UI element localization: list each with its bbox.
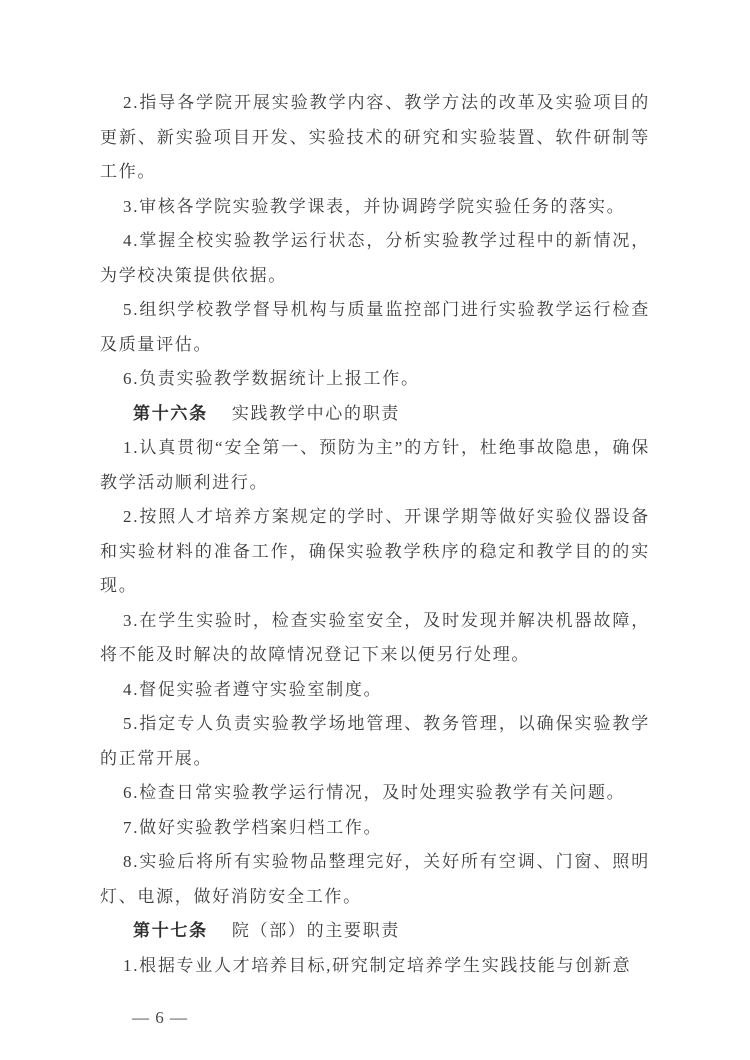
body-paragraph: 7.做好实验教学档案归档工作。 [100, 811, 650, 846]
body-paragraph: 1.根据专业人才培养目标,研究制定培养学生实践技能与创新意 [100, 949, 650, 984]
body-paragraph: 3.在学生实验时，检查实验室安全，及时发现并解决机器故障，将不能及时解决的故障情… [100, 604, 650, 673]
body-paragraph: 4.掌握全校实验教学运行状态，分析实验教学过程中的新情况，为学校决策提供依据。 [100, 224, 650, 293]
body-paragraph: 2.按照人才培养方案规定的学时、开课学期等做好实验仪器设备和实验材料的准备工作，… [100, 500, 650, 604]
document-page: 2.指导各学院开展实验教学内容、教学方法的改革及实验项目的更新、新实验项目开发、… [0, 0, 750, 1060]
body-paragraph: 4.督促实验者遵守实验室制度。 [100, 673, 650, 708]
document-body: 2.指导各学院开展实验教学内容、教学方法的改革及实验项目的更新、新实验项目开发、… [100, 86, 650, 983]
article-heading: 第十七条院（部）的主要职责 [100, 914, 650, 949]
article-heading: 第十六条实践教学中心的职责 [100, 397, 650, 432]
article-number: 第十六条 [133, 404, 208, 423]
body-paragraph: 2.指导各学院开展实验教学内容、教学方法的改革及实验项目的更新、新实验项目开发、… [100, 86, 650, 190]
page-footer: — 6 — [111, 988, 188, 1048]
body-paragraph: 5.组织学校教学督导机构与质量监控部门进行实验教学运行检查及质量评估。 [100, 293, 650, 362]
article-title: 院（部）的主要职责 [232, 921, 400, 940]
body-paragraph: 1.认真贯彻“安全第一、预防为主”的方针，杜绝事故隐患，确保教学活动顺利进行。 [100, 431, 650, 500]
page-number: — 6 — [132, 1008, 188, 1027]
body-paragraph: 6.检查日常实验教学运行情况，及时处理实验教学有关问题。 [100, 776, 650, 811]
article-number: 第十七条 [133, 921, 208, 940]
article-title: 实践教学中心的职责 [232, 404, 400, 423]
body-paragraph: 5.指定专人负责实验教学场地管理、教务管理，以确保实验教学的正常开展。 [100, 707, 650, 776]
body-paragraph: 3.审核各学院实验教学课表，并协调跨学院实验任务的落实。 [100, 190, 650, 225]
body-paragraph: 8.实验后将所有实验物品整理完好，关好所有空调、门窗、照明灯、电源，做好消防安全… [100, 845, 650, 914]
body-paragraph: 6.负责实验教学数据统计上报工作。 [100, 362, 650, 397]
